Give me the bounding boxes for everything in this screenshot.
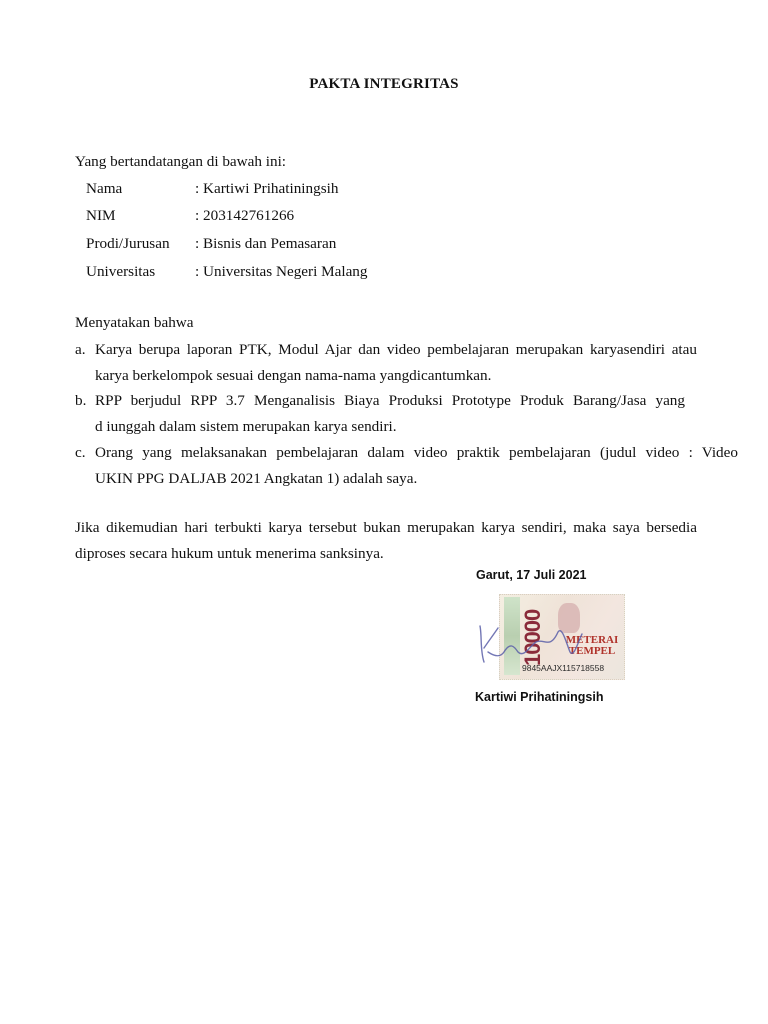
field-value-nim: : 203142761266 — [195, 207, 294, 225]
statement-b-line-1: RPP berjudul RPP 3.7 Menganalisis Biaya … — [95, 392, 685, 410]
closing-line-2: diproses secara hukum untuk menerima san… — [75, 545, 384, 563]
document-title: PAKTA INTEGRITAS — [0, 76, 768, 93]
field-label-nama: Nama — [86, 180, 122, 198]
statement-c-line-1: Orang yang melaksanakan pembelajaran dal… — [95, 444, 738, 462]
statement-c-line-2: UKIN PPG DALJAB 2021 Angkatan 1) adalah … — [95, 470, 417, 488]
signer-name: Kartiwi Prihatiningsih — [475, 690, 604, 704]
signature-icon — [474, 612, 594, 672]
field-label-universitas: Universitas — [86, 263, 155, 281]
field-value-nama: : Kartiwi Prihatiningsih — [195, 180, 338, 198]
statement-a-line-1: Karya berupa laporan PTK, Modul Ajar dan… — [95, 341, 697, 359]
statement-heading: Menyatakan bahwa — [75, 314, 194, 332]
statement-marker-a: a. — [75, 341, 86, 359]
place-date: Garut, 17 Juli 2021 — [476, 568, 586, 582]
statement-a-line-2: karya berkelompok sesuai dengan nama-nam… — [95, 367, 491, 385]
field-value-universitas: : Universitas Negeri Malang — [195, 263, 368, 281]
field-value-prodi: : Bisnis dan Pemasaran — [195, 235, 336, 253]
field-label-nim: NIM — [86, 207, 116, 225]
statement-marker-c: c. — [75, 444, 86, 462]
closing-line-1: Jika dikemudian hari terbukti karya ters… — [75, 519, 697, 537]
statement-marker-b: b. — [75, 392, 86, 410]
field-label-prodi: Prodi/Jurusan — [86, 235, 170, 253]
statement-b-line-2: d iunggah dalam sistem merupakan karya s… — [95, 418, 397, 436]
intro-text: Yang bertandatangan di bawah ini: — [75, 153, 286, 171]
